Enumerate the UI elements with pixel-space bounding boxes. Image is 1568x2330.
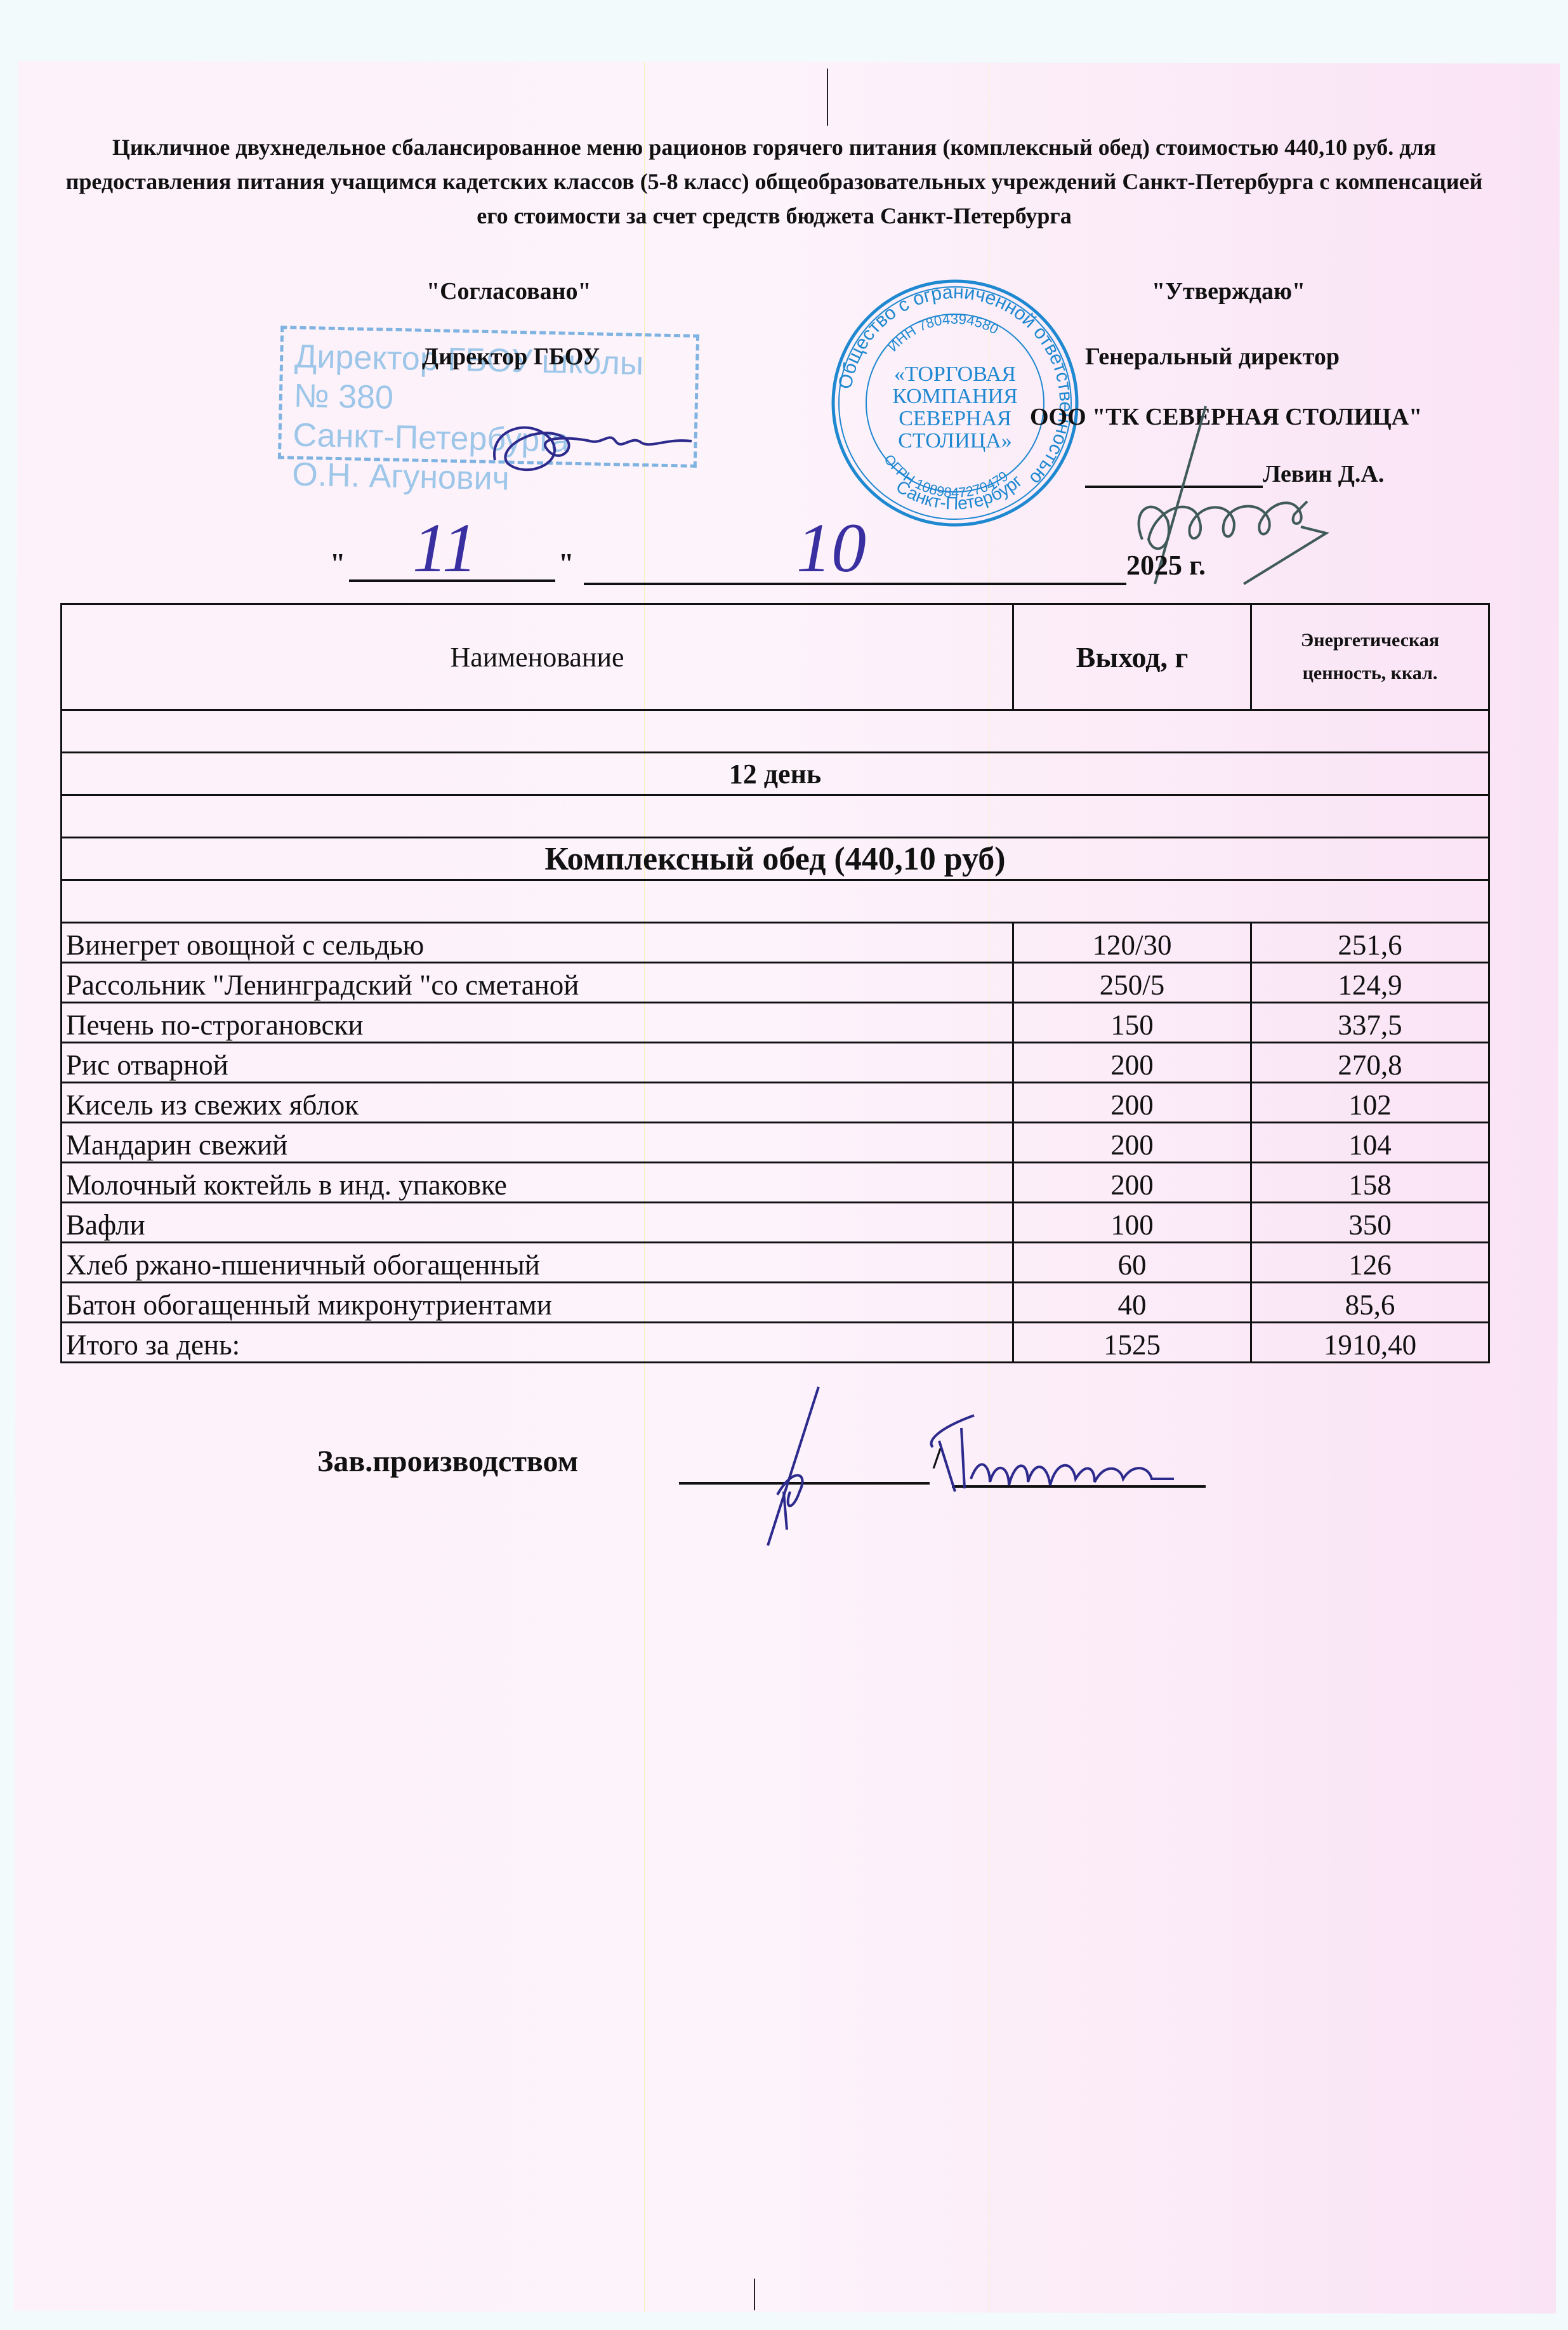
item-yield: 60 bbox=[1013, 1243, 1251, 1283]
header-energy-line2: ценность, ккал. bbox=[1256, 657, 1484, 690]
date-quote-open: " bbox=[330, 547, 345, 579]
item-yield: 120/30 bbox=[1013, 923, 1251, 963]
table-row: Печень по-строгановски150337,5 bbox=[62, 1003, 1489, 1043]
day-row: 12 день bbox=[62, 753, 1489, 795]
item-name: Вафли bbox=[62, 1203, 1013, 1243]
item-yield: 250/5 bbox=[1013, 963, 1251, 1003]
item-energy: 102 bbox=[1251, 1083, 1489, 1123]
date-day: 11 bbox=[412, 508, 477, 588]
meal-row: Комплексный обед (440,10 руб) bbox=[62, 838, 1489, 880]
table-header-row: Наименование Выход, г Энергетическая цен… bbox=[62, 604, 1489, 710]
table-row: Винегрет овощной с сельдью120/30251,6 bbox=[62, 923, 1489, 963]
director-signature-icon bbox=[482, 403, 711, 486]
agreed-heading: "Согласовано" bbox=[426, 277, 591, 305]
day-label: 12 день bbox=[62, 753, 1489, 795]
document-title: Цикличное двухнедельное сбалансированное… bbox=[63, 130, 1485, 233]
item-yield: 40 bbox=[1013, 1283, 1251, 1323]
item-energy: 126 bbox=[1251, 1243, 1489, 1283]
item-energy: 104 bbox=[1251, 1123, 1489, 1163]
item-name: Рассольник "Ленинградский "со сметаной bbox=[62, 963, 1013, 1003]
date-year: 2025 г. bbox=[1126, 549, 1206, 581]
item-name: Мандарин свежий bbox=[62, 1123, 1013, 1163]
item-energy: 270,8 bbox=[1251, 1043, 1489, 1083]
header-energy: Энергетическая ценность, ккал. bbox=[1251, 604, 1489, 710]
date-month: 10 bbox=[796, 508, 866, 588]
table-row: Мандарин свежий200104 bbox=[62, 1123, 1489, 1163]
item-yield: 150 bbox=[1013, 1003, 1251, 1043]
approve-heading: "Утверждаю" bbox=[1152, 277, 1305, 305]
total-yield: 1525 bbox=[1013, 1323, 1251, 1363]
total-energy: 1910,40 bbox=[1251, 1323, 1489, 1363]
svg-text:СЕВЕРНАЯ: СЕВЕРНАЯ bbox=[899, 407, 1011, 430]
item-name: Кисель из свежих яблок bbox=[62, 1083, 1013, 1123]
item-yield: 200 bbox=[1013, 1163, 1251, 1203]
spacer-row bbox=[62, 880, 1489, 923]
table-row: Хлеб ржано-пшеничный обогащенный60126 bbox=[62, 1243, 1489, 1283]
meal-label: Комплексный обед (440,10 руб) bbox=[62, 838, 1489, 880]
spacer-row bbox=[62, 795, 1489, 838]
table-row: Вафли100350 bbox=[62, 1203, 1489, 1243]
table-row: Рассольник "Ленинградский "со сметаной25… bbox=[62, 963, 1489, 1003]
item-energy: 337,5 bbox=[1251, 1003, 1489, 1043]
table-row: Рис отварной200270,8 bbox=[62, 1043, 1489, 1083]
menu-table: Наименование Выход, г Энергетическая цен… bbox=[60, 603, 1490, 1363]
header-energy-line1: Энергетическая bbox=[1256, 624, 1484, 657]
table-row: Молочный коктейль в инд. упаковке200158 bbox=[62, 1163, 1489, 1203]
svg-text:КОМПАНИЯ: КОМПАНИЯ bbox=[892, 385, 1018, 408]
table-row: Батон обогащенный микронутриентами4085,6 bbox=[62, 1283, 1489, 1323]
total-label: Итого за день: bbox=[62, 1323, 1013, 1363]
item-energy: 158 bbox=[1251, 1163, 1489, 1203]
item-name: Винегрет овощной с сельдью bbox=[62, 923, 1013, 963]
item-name: Батон обогащенный микронутриентами bbox=[62, 1283, 1013, 1323]
svg-text:СТОЛИЦА»: СТОЛИЦА» bbox=[898, 429, 1012, 453]
item-yield: 200 bbox=[1013, 1043, 1251, 1083]
svg-text:«ТОРГОВАЯ: «ТОРГОВАЯ bbox=[894, 362, 1016, 386]
production-manager-signature-icon bbox=[730, 1384, 1301, 1561]
item-name: Молочный коктейль в инд. упаковке bbox=[62, 1163, 1013, 1203]
director-position: Директор ГБОУ bbox=[422, 343, 600, 371]
item-yield: 200 bbox=[1013, 1083, 1251, 1123]
spacer-row bbox=[62, 710, 1489, 753]
header-yield: Выход, г bbox=[1013, 604, 1251, 710]
production-manager-label: Зав.производством bbox=[317, 1444, 578, 1479]
header-name: Наименование bbox=[62, 604, 1013, 710]
general-director-position: Генеральный директор bbox=[1085, 343, 1340, 371]
item-energy: 350 bbox=[1251, 1203, 1489, 1243]
date-quote-close: " bbox=[558, 547, 574, 579]
item-energy: 251,6 bbox=[1251, 923, 1489, 963]
item-name: Печень по-строгановски bbox=[62, 1003, 1013, 1043]
item-name: Рис отварной bbox=[62, 1043, 1013, 1083]
item-yield: 100 bbox=[1013, 1203, 1251, 1243]
item-energy: 85,6 bbox=[1251, 1283, 1489, 1323]
fold-mark-bottom bbox=[754, 2279, 755, 2310]
item-yield: 200 bbox=[1013, 1123, 1251, 1163]
table-row: Кисель из свежих яблок200102 bbox=[62, 1083, 1489, 1123]
total-row: Итого за день: 1525 1910,40 bbox=[62, 1323, 1489, 1363]
item-energy: 124,9 bbox=[1251, 963, 1489, 1003]
fold-mark-top bbox=[827, 69, 828, 126]
items-body: Винегрет овощной с сельдью120/30251,6Рас… bbox=[62, 923, 1489, 1323]
item-name: Хлеб ржано-пшеничный обогащенный bbox=[62, 1243, 1013, 1283]
